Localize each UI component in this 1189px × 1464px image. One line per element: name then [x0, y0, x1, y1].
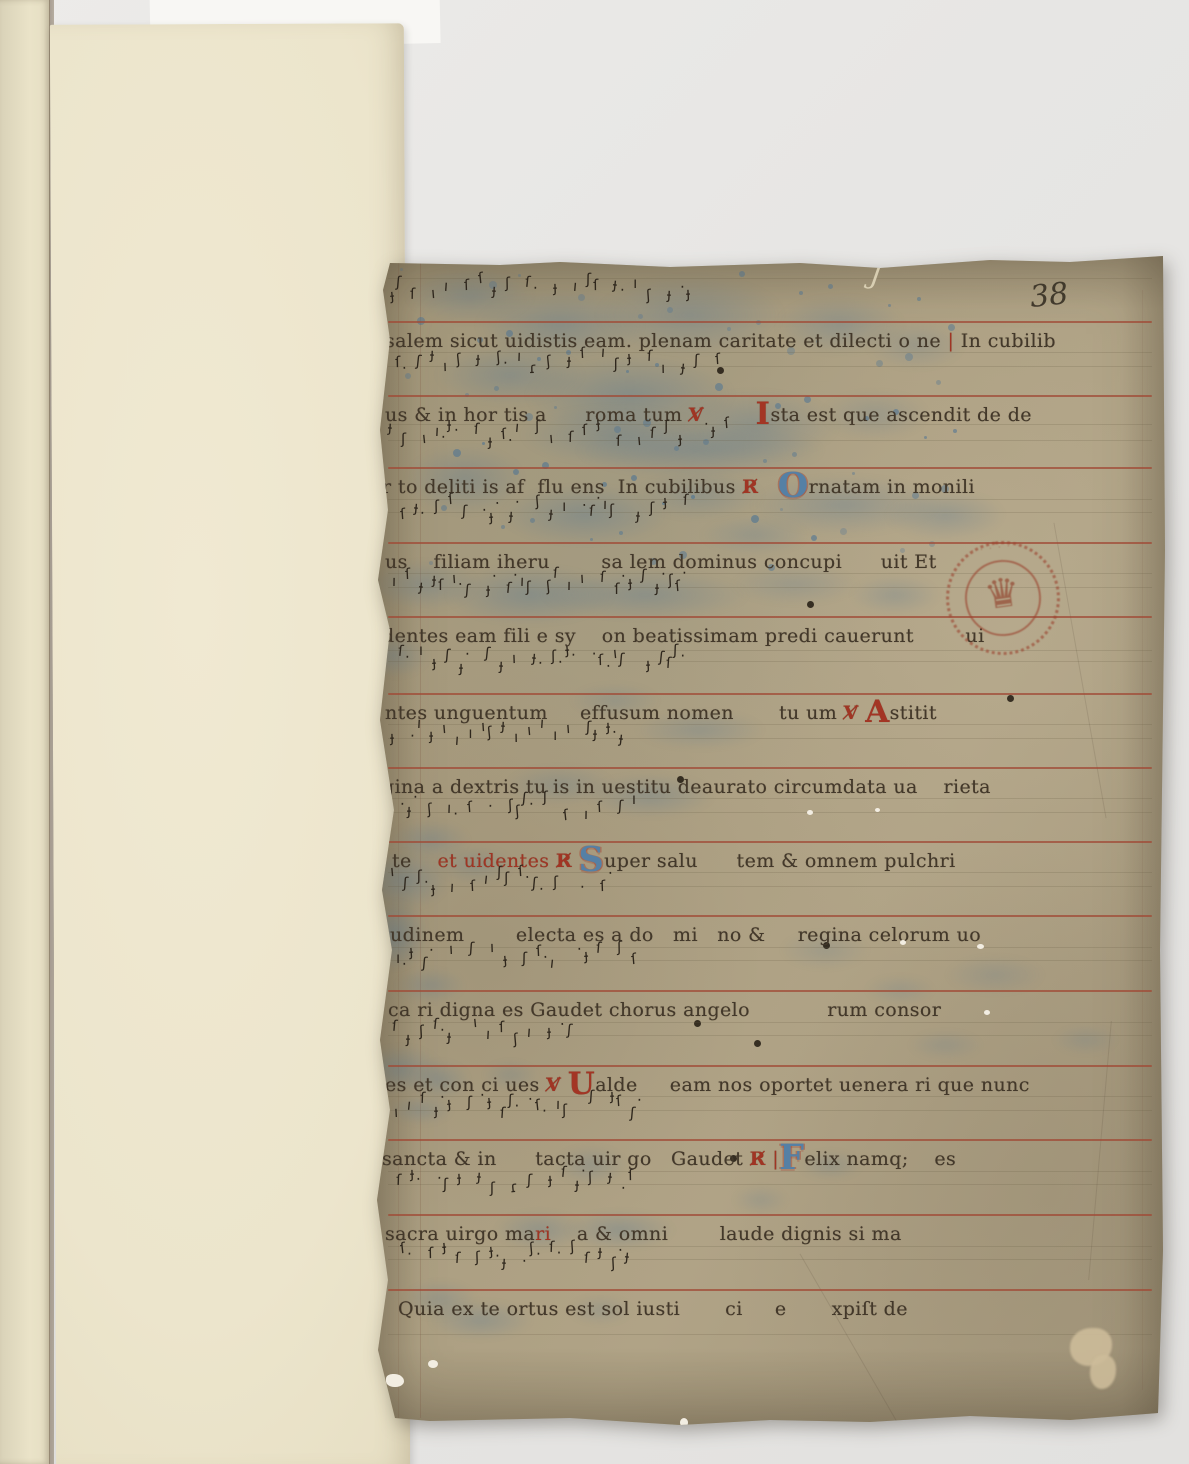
neume-row: ı ſ ɟ ɟſ ı·ʃ ɟ· ſ·ıʃ ʃſ ı ı ſ ſ·ɟ ʃ ɟ·ʃſ… — [392, 581, 689, 599]
neume-glyph: ſ — [562, 806, 571, 825]
neume-glyph: · — [541, 1102, 549, 1121]
neume-glyph: · — [570, 646, 579, 665]
neume-glyph: ɟ — [476, 1167, 483, 1185]
neume-glyph: ı — [430, 284, 438, 302]
neume-glyph: ı — [392, 572, 398, 590]
neume-glyph: ɟ — [547, 1022, 554, 1040]
neume-glyph: ʃ — [464, 581, 473, 600]
neume-glyph: ɟ — [434, 1101, 441, 1119]
neume-glyph: ʃ — [415, 352, 424, 371]
neume-glyph: ʃ — [609, 501, 616, 519]
neume-glyph: ʃ — [468, 939, 476, 957]
neume-glyph: ʃ — [444, 646, 453, 665]
neume-glyph: · — [420, 504, 428, 522]
neume-glyph: ſ — [579, 344, 587, 362]
neume-glyph: ſ — [477, 269, 486, 288]
damage-chip — [680, 1418, 688, 1427]
neume-glyph: ſ — [615, 1092, 624, 1110]
neume-glyph: ſ — [470, 877, 478, 895]
neume-glyph: ʃ — [618, 650, 627, 669]
neume-glyph: ʃ — [401, 430, 408, 448]
damage-speck — [875, 808, 880, 812]
neume-glyph: · — [515, 493, 522, 511]
neume-row: ı·ɟ ʃ· ı ʃ ı ɟ ʃ ſ·ı ·ɟ ſ ʃ ſ — [396, 955, 638, 973]
neume-glyph: ı — [661, 359, 667, 377]
neume-glyph: · — [515, 1097, 522, 1115]
neume-glyph: ſ — [399, 505, 408, 523]
neume-glyph: ſ — [553, 564, 562, 583]
neume-glyph: ı — [567, 576, 573, 594]
neume-glyph: · — [491, 567, 499, 585]
blank-facing-page — [50, 23, 410, 1464]
drypoint-rule — [388, 1334, 1152, 1335]
drypoint-rule — [388, 798, 1152, 799]
neume-glyph: · — [680, 647, 687, 665]
manuscript-photo-page: { "page": { "folio_number": "38", "ink_d… — [0, 0, 1189, 1464]
damage-speck — [807, 810, 813, 815]
neume-row: ɟ ·ı ɟ ı ı ı ıʃ ɟ ı ı ı ı ı ʃɟ ɟ·ɟ — [390, 732, 625, 750]
neume-glyph: ɟ — [429, 726, 435, 744]
neume-glyph: ʃ — [649, 499, 656, 517]
neume-glyph: ſ — [391, 1017, 400, 1036]
neume-glyph: ſ — [410, 285, 418, 303]
neume-glyph: ɟ — [553, 278, 560, 296]
neume-glyph: ſ — [396, 1171, 404, 1189]
neume-glyph: ɟ — [491, 281, 498, 299]
neume-glyph: ʃ — [535, 417, 542, 435]
book-spine-edge — [0, 0, 50, 1464]
neume-glyph: ı — [443, 277, 450, 295]
neume-row: ſ ɟ· ·ʃ ɟ ɟ ʃ ɾ ʃ ɟ ſ ɟ·ʃ ɟ ·ſ — [396, 1179, 635, 1197]
neume-glyph: ʃ — [545, 352, 554, 371]
neume-row: ɟʃ ſ ı ı ſ ſ ɟ ʃ ſ· ɟ ı ʃſ ɟ· ı ʃ ɟ ·ɟ — [390, 286, 693, 304]
neume-glyph: ſ — [404, 565, 412, 583]
neume-glyph: ʃ — [461, 502, 469, 520]
neume-glyph: ı — [584, 805, 590, 823]
neume-glyph: ɟ — [593, 724, 599, 742]
neume-row: ·ɟ· ʃ ı· ſ · ʃʃʃ· ʃ ſ ı ſ ʃ ı — [400, 806, 638, 824]
neume-glyph: ı — [580, 569, 587, 587]
neume-glyph: · — [405, 648, 413, 666]
neume-glyph: ɟ — [646, 655, 653, 673]
stain-speck — [400, 268, 403, 271]
folio-number: 38 — [1028, 276, 1070, 315]
neume-row: ſ ɟ· ʃ ſ ʃ ·ɟ· ɟ· ʃ ɟ ı ·ſ·ıʃ ɟ ʃ ɟ ſ — [400, 507, 690, 525]
neume-glyph: ɟ — [501, 716, 508, 734]
neume-glyph: · — [402, 955, 409, 973]
neume-glyph: · — [465, 645, 472, 663]
neume-glyph: ı — [455, 731, 462, 749]
neume-glyph: ɟ — [686, 284, 693, 302]
neume-glyph: ı — [562, 497, 568, 515]
neume-glyph: ɟ — [486, 1092, 494, 1110]
damage-speck — [977, 944, 984, 949]
neume-glyph: ʃ — [490, 1179, 497, 1197]
neume-glyph: ı — [419, 641, 425, 659]
neume-row: ſ ɟ ʃ ſ·ɟ ı ı ſ ʃ ı ɟ ·ʃ — [392, 1030, 574, 1048]
neume-glyph: ſ — [600, 877, 608, 895]
red-staff-line — [388, 841, 1152, 843]
neume-glyph: ɟ — [598, 1242, 604, 1260]
neume-glyph: ʃ — [614, 355, 621, 373]
damage-speck — [984, 1010, 990, 1015]
neume-glyph: ſ — [473, 420, 482, 438]
library-stamp: · · · · · · ♛ — [939, 534, 1068, 663]
neume-glyph: ı — [540, 714, 547, 732]
neume-glyph: · — [532, 279, 540, 297]
neume-glyph: ʃ — [543, 788, 550, 806]
neume-glyph: · — [535, 1245, 544, 1264]
music-system: ſ· ſ ɟ ſ ʃ ɟ·ɟ ·ʃ· ſ· ʃ ſ ɟ ʃ·ɟQuia ex t… — [370, 1240, 1170, 1336]
red-staff-line — [388, 1065, 1152, 1067]
neume-glyph: ɟ — [608, 1167, 616, 1185]
neume-glyph: ʃ — [484, 644, 493, 663]
neume-glyph: ı — [565, 719, 572, 737]
neume-glyph: ʃ — [526, 578, 533, 596]
neume-glyph: · — [522, 1252, 530, 1270]
neume-glyph: ɟ — [499, 656, 506, 674]
damage-chip — [428, 1360, 438, 1368]
neume-glyph: ı — [514, 418, 522, 436]
neume-glyph: ſ — [596, 939, 605, 958]
drypoint-rule — [388, 947, 1152, 948]
neume-glyph: ɟ — [441, 1237, 449, 1255]
neume-glyph: ʃ — [527, 1171, 535, 1189]
neume-glyph: ɟ — [457, 1168, 464, 1186]
damage-chip — [386, 1374, 404, 1387]
neume-glyph: ſ — [583, 1249, 592, 1268]
neume-row: ı ı ſ ɟ·ɟ ʃ ·ɟ ſʃ· ·ſ· ıʃ ʃ ɟſ ʃ· — [394, 1104, 644, 1122]
neume-glyph: · — [529, 795, 537, 813]
neume-glyph: ʃ — [645, 286, 653, 304]
neume-glyph: ſ — [630, 950, 639, 969]
neume-glyph: ɟ — [711, 421, 717, 439]
neume-row: ɟ ʃ ı ı·ɟ· ſ ɟ ſ·ı ʃ ı ſ ſ ɟ ſ ı ſ ʃ ɟ ·… — [388, 432, 731, 450]
neume-glyph: ʃ — [417, 867, 424, 885]
neume-glyph: ı — [527, 1023, 534, 1041]
neume-glyph: ı — [442, 357, 449, 375]
neume-glyph: ʃ — [513, 1030, 522, 1049]
neume-glyph: ʃ — [694, 351, 702, 369]
neume-glyph: ɟ — [677, 429, 684, 447]
neume-glyph: ɟ — [502, 950, 510, 969]
red-staff-line — [388, 467, 1152, 469]
damage-speck — [900, 940, 906, 945]
red-staff-line — [388, 767, 1152, 769]
neume-glyph: · — [428, 941, 436, 959]
neume-glyph: ı — [636, 431, 644, 449]
lyrics-segment: Quia ex te ortus est sol iusti ci e xpiſ… — [398, 1298, 908, 1320]
neume-glyph: ſ — [560, 1163, 569, 1182]
neume-glyph: ɾ — [529, 359, 540, 377]
neume-glyph: ʃ — [426, 800, 435, 819]
neume-glyph: ʃ — [487, 723, 496, 742]
neume-glyph: · — [407, 1245, 415, 1264]
neume-glyph: ı — [553, 726, 559, 744]
neume-glyph: ɟ — [429, 345, 436, 363]
neume-glyph: · — [557, 1244, 564, 1262]
neume-glyph: ɟ — [488, 432, 494, 450]
neume-glyph: ı — [449, 940, 456, 958]
neume-glyph: · — [637, 1091, 645, 1109]
neume-glyph: ʃ — [522, 949, 529, 967]
neume-glyph: · — [413, 788, 420, 806]
neume-glyph: · — [681, 564, 690, 583]
red-staff-line — [388, 1289, 1152, 1291]
neume-glyph: ɟ — [502, 1253, 509, 1271]
neume-glyph: ſ — [597, 798, 605, 816]
neume-glyph: · — [581, 1162, 588, 1180]
neume-glyph: ı — [633, 274, 639, 292]
neume-glyph: ɟ — [387, 418, 394, 436]
neume-glyph: · — [502, 354, 511, 373]
neume-glyph: ɟ — [627, 348, 634, 366]
neume-glyph: · — [402, 359, 410, 377]
neume-glyph: ʃ — [562, 1101, 569, 1119]
neume-glyph: ı — [450, 878, 457, 896]
neume-glyph: · — [619, 281, 627, 299]
drypoint-rule — [388, 1171, 1152, 1172]
neume-glyph: ʃ — [585, 270, 592, 288]
neume-glyph: ɾ — [510, 1178, 522, 1197]
neume-glyph: ſ — [616, 432, 624, 450]
neume-glyph: ɟ — [390, 728, 397, 746]
neume-glyph: ſ — [582, 421, 590, 439]
neume-glyph: ı — [486, 1025, 493, 1043]
neume-glyph: · — [558, 653, 566, 671]
neume-glyph: ɟ — [458, 658, 464, 676]
neume-glyph: · — [579, 878, 587, 896]
neume-glyph: ɟ — [408, 942, 415, 960]
drypoint-rule — [388, 1096, 1152, 1097]
neume-glyph: ı — [572, 277, 580, 295]
neume-glyph: ſ — [499, 1018, 507, 1036]
neume-glyph: ſ — [682, 491, 690, 509]
neume-row: ı ʃ ʃ·ɟ ı ſ ı ʃʃ ſ·ʃ· ʃ · ſ· — [390, 880, 614, 898]
neume-glyph: ɟ — [476, 349, 482, 367]
parchment-leaf-wrap: ɟʃ ſ ı ı ſ ſ ɟ ʃ ſ· ɟ ı ʃſ ɟ· ı ʃ ɟ ·ɟsa… — [370, 250, 1170, 1430]
red-staff-line — [388, 1139, 1152, 1141]
neume-glyph: ʃ — [589, 1087, 597, 1105]
neume-glyph: ı — [421, 429, 429, 448]
neume-glyph: ɟ — [624, 1247, 632, 1266]
neume-row: ſ· ı ɟ ʃ ɟ· ʃ ɟ ı ɟ· ʃ·ɟ· ·ſ·ıʃ ɟ ʃſʃ· — [398, 658, 687, 676]
neume-glyph: · — [605, 657, 613, 675]
neume-glyph: ʃ — [552, 873, 559, 891]
neume-glyph: ſ — [466, 798, 475, 816]
neume-glyph: ʃ — [617, 938, 624, 956]
neume-glyph: ı — [489, 938, 496, 956]
neume-glyph: · — [537, 654, 545, 672]
neume-glyph: ɟ — [567, 351, 573, 369]
neume-glyph: ʃ — [475, 1248, 483, 1266]
neume-glyph: ʃ — [664, 417, 671, 435]
neume-glyph: ɟ — [618, 729, 626, 748]
drypoint-rule — [388, 499, 1152, 500]
neume-glyph: ɟ — [636, 506, 643, 524]
neume-glyph: ɟ — [547, 1170, 554, 1188]
neume-glyph: ı — [394, 1103, 401, 1121]
neume-glyph: ɟ — [418, 577, 426, 596]
neume-glyph: ʃ — [434, 497, 441, 515]
neume-glyph: ı — [632, 790, 638, 808]
neume-glyph: ʃ — [566, 1021, 575, 1040]
neume-glyph: ʃ — [466, 1093, 473, 1111]
neume-glyph: ʃ — [455, 350, 464, 369]
neume-glyph: ʃ — [419, 1022, 427, 1040]
neume-glyph: ſ — [600, 568, 609, 586]
neume-glyph: ʃ — [395, 273, 404, 292]
neume-glyph: ɟ — [406, 1029, 412, 1047]
neume-glyph: · — [494, 494, 503, 513]
neume-glyph: ɟ — [447, 1027, 454, 1045]
neume-glyph: · — [539, 880, 547, 898]
neume-glyph: ʃ — [617, 797, 625, 815]
neume-glyph: ı — [548, 429, 556, 447]
neume-glyph: ʃ — [611, 1254, 619, 1272]
neume-glyph: ʃ — [640, 566, 649, 585]
neume-glyph: ſ — [454, 1249, 463, 1267]
neume-glyph: ſ — [427, 1244, 435, 1262]
neume-glyph: ſ — [649, 424, 658, 442]
neume-glyph: ı — [512, 649, 519, 667]
neume-glyph: ɟ — [486, 580, 492, 598]
neume-glyph: ı — [549, 954, 557, 973]
neume-glyph: ı — [416, 714, 423, 732]
neume-glyph: ɟ — [680, 358, 688, 377]
neume-glyph: ı — [483, 870, 491, 889]
parchment-leaf: ɟʃ ſ ı ı ſ ſ ɟ ʃ ſ· ɟ ı ʃſ ɟ· ı ʃ ɟ ·ɟsa… — [370, 250, 1170, 1430]
neume-glyph: ɟ — [666, 285, 673, 303]
neume-glyph: ı — [514, 728, 520, 746]
neume-glyph: ſ — [647, 347, 655, 365]
red-staff-line — [388, 693, 1152, 695]
neume-glyph: ʃ — [504, 869, 511, 887]
neume-glyph: ʃ — [504, 274, 511, 292]
neume-glyph: ɟ — [628, 573, 635, 591]
neume-glyph: ʃ — [402, 874, 410, 892]
neume-glyph: · — [453, 421, 461, 439]
neume-glyph: · — [487, 797, 495, 815]
red-staff-line — [388, 915, 1152, 917]
neume-glyph: ɟ — [583, 946, 590, 964]
neume-glyph: ɟ — [431, 653, 438, 671]
neume-glyph: ʃ — [570, 1237, 578, 1255]
neume-glyph: ſ — [438, 576, 445, 594]
neume-glyph: ʃ — [443, 1175, 450, 1193]
neume-glyph: ſ — [463, 276, 471, 294]
neume-glyph: ı — [406, 1096, 414, 1115]
neume-glyph: ſ — [628, 1166, 636, 1184]
red-staff-line — [388, 1214, 1152, 1216]
neume-glyph: ı — [468, 724, 474, 742]
neume-glyph: ɟ — [430, 879, 437, 897]
neume-glyph: · — [416, 1170, 424, 1188]
neume-glyph: ı — [600, 343, 607, 361]
neume-glyph: ɟ — [549, 504, 556, 522]
neume-glyph: ʃ — [535, 492, 544, 511]
neume-glyph: ſ — [420, 1089, 428, 1107]
neume-glyph: ı — [442, 719, 450, 737]
neume-glyph: ɟ — [662, 492, 669, 510]
neume-glyph: ſ — [447, 490, 456, 509]
neume-glyph: · — [607, 864, 615, 882]
neume-glyph: ı — [516, 347, 523, 365]
neume-glyph: ʃ — [588, 1168, 596, 1186]
neume-glyph: ſ — [592, 276, 600, 294]
neume-glyph: ſ — [714, 350, 723, 368]
red-staff-line — [388, 990, 1152, 992]
neume-glyph: ſ — [568, 428, 576, 446]
neume-row: ſ· ſ ɟ ſ ʃ ɟ·ɟ ·ʃ· ſ· ʃ ſ ɟ ʃ·ɟ — [400, 1254, 631, 1272]
neume-glyph: · — [453, 805, 460, 823]
repair-patch — [1090, 1355, 1116, 1389]
lyrics-line: Quia ex te ortus est sol iusti ci e xpiſ… — [398, 1298, 908, 1320]
red-staff-line — [388, 321, 1152, 323]
neume-row: ſ· ʃ ɟ ı ʃ ɟ ʃ· ı ɾ ʃ ɟ ſ ı ʃ ɟ ſ ı ɟ ʃ … — [395, 360, 722, 378]
